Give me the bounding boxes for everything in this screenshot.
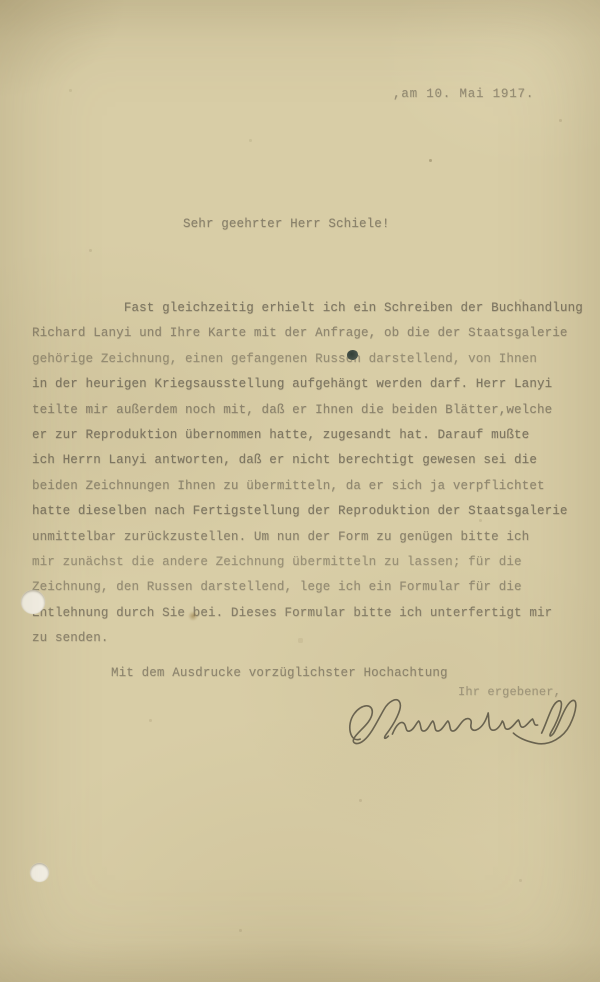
- body-line: hatte dieselben nach Fertigstellung der …: [32, 499, 580, 524]
- body-line: Richard Lanyi und Ihre Karte mit der Anf…: [32, 321, 580, 346]
- body-line: in der heurigen Kriegsausstellung aufgeh…: [32, 372, 580, 397]
- salutation: Sehr geehrter Herr Schiele!: [183, 217, 390, 231]
- closing-line: Mit dem Ausdrucke vorzüglichster Hochach…: [111, 666, 448, 680]
- body-line: mir zunächst die andere Zeichnung übermi…: [32, 550, 580, 575]
- body-line: teilte mir außerdem noch mit, daß er Ihn…: [32, 398, 580, 423]
- body-line: er zur Reproduktion übernommen hatte, zu…: [32, 423, 580, 448]
- punch-hole-bottom: [30, 863, 49, 882]
- body-line: Zeichnung, den Russen darstellend, lege …: [32, 575, 580, 600]
- letter-body: Fast gleichzeitig erhielt ich ein Schrei…: [32, 296, 580, 652]
- paper-stain: [188, 611, 198, 621]
- paper-speckles: [0, 0, 1, 1]
- body-line: Entlehnung durch Sie bei. Dieses Formula…: [32, 601, 580, 626]
- punch-hole-top: [21, 590, 45, 614]
- date-line: ,am 10. Mai 1917.: [393, 87, 534, 101]
- body-line: beiden Zeichnungen Ihnen zu übermitteln,…: [32, 474, 580, 499]
- body-line: gehörige Zeichnung, einen gefangenen Rus…: [32, 347, 580, 372]
- body-line: ich Herrn Lanyi antworten, daß er nicht …: [32, 448, 580, 473]
- letter-sheet: ,am 10. Mai 1917. Sehr geehrter Herr Sch…: [0, 0, 600, 982]
- handwritten-signature: [344, 692, 586, 752]
- body-line: zu senden.: [32, 626, 580, 651]
- body-line: unmittelbar zurückzustellen. Um nun der …: [32, 525, 580, 550]
- body-line: Fast gleichzeitig erhielt ich ein Schrei…: [32, 296, 580, 321]
